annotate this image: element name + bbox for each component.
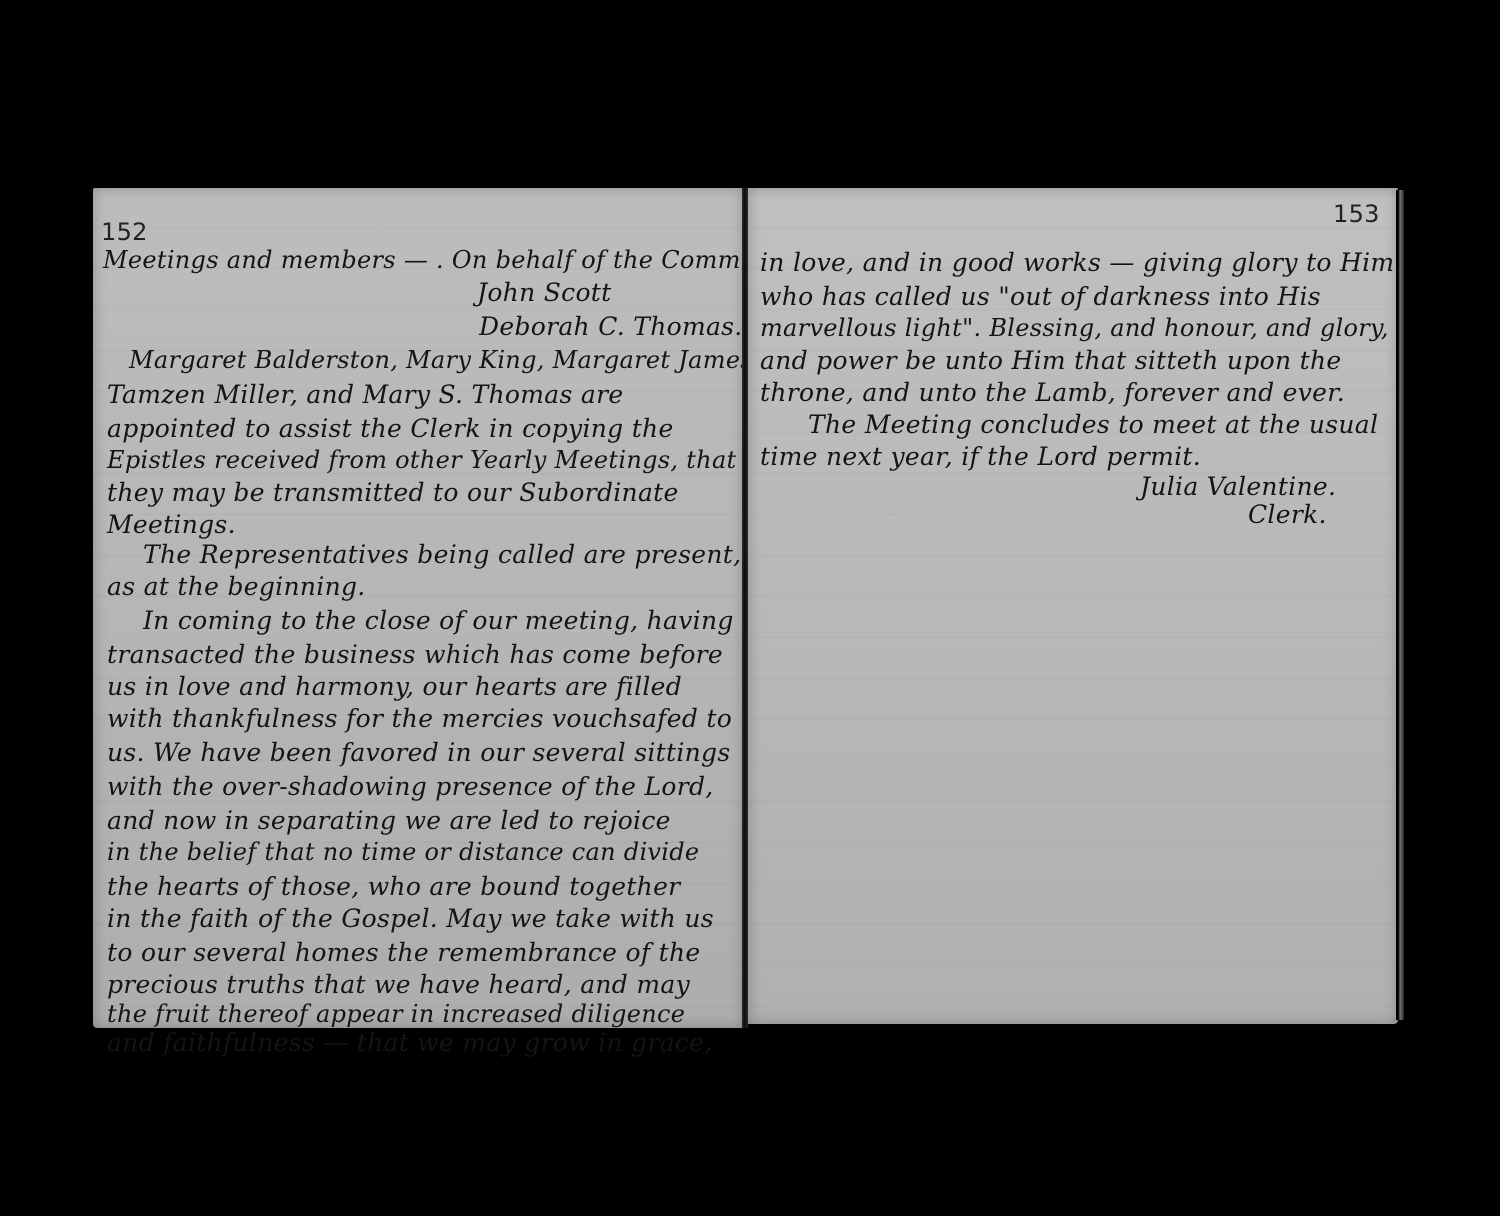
text-line: they may be transmitted to our Subordina… bbox=[107, 478, 679, 507]
signature-julia-valentine: Julia Valentine. bbox=[1140, 472, 1336, 501]
text-line: Margaret Balderston, Mary King, Margaret… bbox=[129, 346, 761, 374]
text-line: appointed to assist the Clerk in copying… bbox=[107, 414, 674, 443]
text-line: and now in separating we are led to rejo… bbox=[107, 806, 671, 835]
text-line: in love, and in good works — giving glor… bbox=[760, 248, 1394, 277]
text-line: and power be unto Him that sitteth upon … bbox=[760, 346, 1341, 375]
text-line: marvellous light". Blessing, and honour,… bbox=[760, 314, 1389, 342]
text-line: in the belief that no time or distance c… bbox=[107, 838, 699, 866]
signature-deborah-thomas: Deborah C. Thomas. bbox=[479, 312, 743, 341]
right-page: 153 in love, and in good works — giving … bbox=[748, 188, 1398, 1024]
text-line: who has called us "out of darkness into … bbox=[760, 282, 1321, 311]
text-line: the hearts of those, who are bound toget… bbox=[107, 872, 680, 901]
text-line: precious truths that we have heard, and … bbox=[107, 970, 690, 999]
text-line: as at the beginning. bbox=[107, 572, 366, 601]
left-page: 152 Meetings and members — . On behalf o… bbox=[93, 188, 743, 1028]
text-line: Meetings and members — . On behalf of th… bbox=[103, 246, 798, 274]
text-line: and faithfulness — that we may grow in g… bbox=[107, 1028, 712, 1057]
signature-john-scott: John Scott bbox=[477, 278, 612, 307]
text-line: In coming to the close of our meeting, h… bbox=[143, 606, 734, 635]
text-line: time next year, if the Lord permit. bbox=[760, 442, 1201, 471]
text-line: to our several homes the remembrance of … bbox=[107, 938, 701, 967]
text-line: Meetings. bbox=[107, 510, 236, 539]
text-line: The Representatives being called are pre… bbox=[143, 540, 741, 569]
text-line: Epistles received from other Yearly Meet… bbox=[107, 446, 737, 474]
text-line: The Meeting concludes to meet at the usu… bbox=[808, 410, 1378, 439]
text-line: us. We have been favored in our several … bbox=[107, 738, 730, 767]
signature-title-clerk: Clerk. bbox=[1248, 500, 1327, 529]
text-line: the fruit thereof appear in increased di… bbox=[107, 1000, 685, 1028]
text-line: Tamzen Miller, and Mary S. Thomas are bbox=[107, 380, 623, 409]
text-line: in the faith of the Gospel. May we take … bbox=[107, 904, 714, 933]
text-line: with thankfulness for the mercies vouchs… bbox=[107, 704, 732, 733]
text-line: throne, and unto the Lamb, forever and e… bbox=[760, 378, 1345, 407]
book-edge bbox=[1396, 190, 1404, 1020]
page-number-left: 152 bbox=[101, 218, 148, 246]
text-line: with the over-shadowing presence of the … bbox=[107, 772, 714, 801]
text-line: transacted the business which has come b… bbox=[107, 640, 723, 669]
text-line: us in love and harmony, our hearts are f… bbox=[107, 672, 682, 701]
page-number-right: 153 bbox=[1333, 200, 1380, 228]
